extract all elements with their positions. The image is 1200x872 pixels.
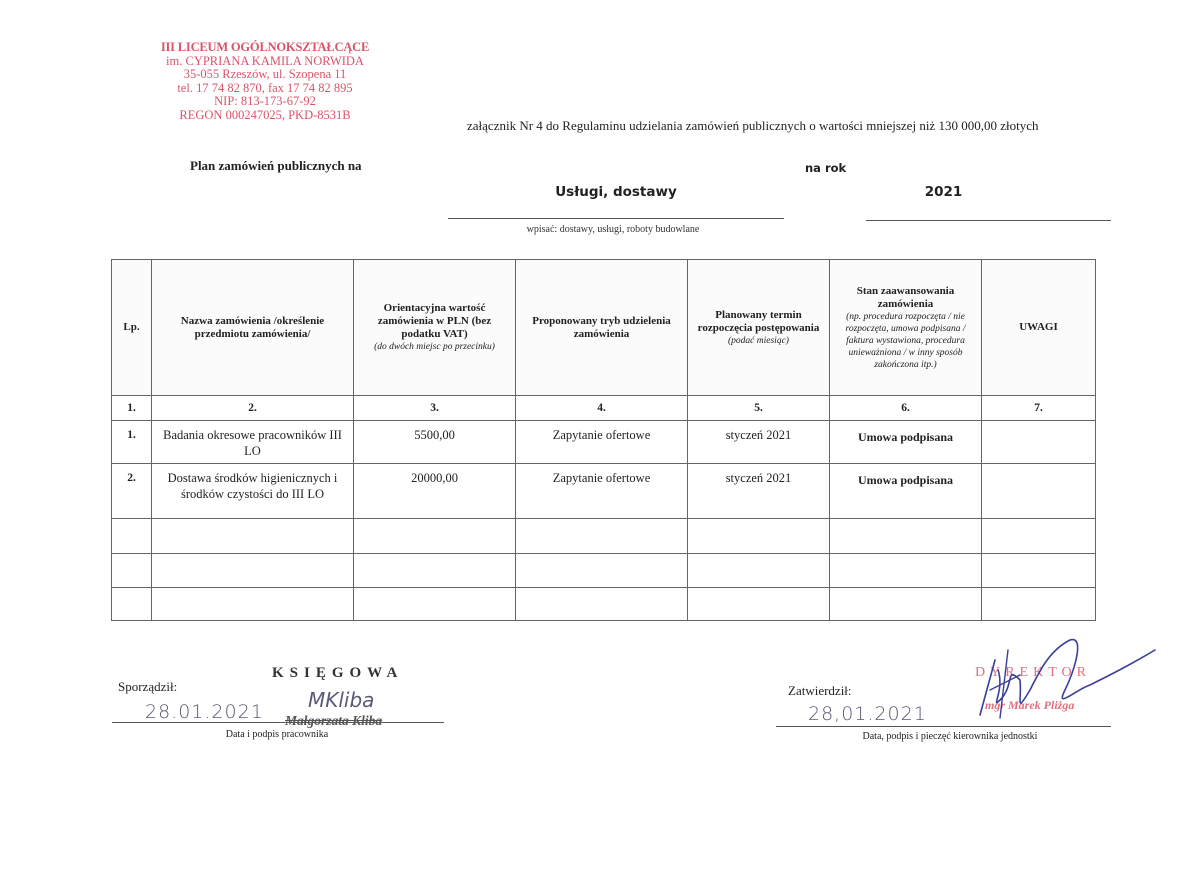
col-header-notes: UWAGI (982, 260, 1096, 396)
cell-status: Umowa podpisana (830, 421, 982, 464)
col-header-status: Stan zaawansowania zamówienia(np. proced… (830, 260, 982, 396)
accountant-signature: MKliba (308, 688, 374, 712)
cell-notes (982, 421, 1096, 464)
column-number: 6. (830, 396, 982, 421)
cell-notes (982, 519, 1096, 554)
type-hint: wpisać: dostawy, usługi, roboty budowlan… (448, 224, 778, 235)
year-value: 2021 (866, 184, 1021, 200)
cell-term (688, 519, 830, 554)
prepared-by-label: Sporządził: (118, 679, 177, 695)
accountant-stamp-title: KSIĘGOWA (272, 665, 403, 682)
cell-value (354, 588, 516, 621)
prepared-date-handwritten: 28.01.2021 (145, 701, 264, 723)
cell-name: Dostawa środków higienicznych i środków … (152, 464, 354, 519)
column-number: 3. (354, 396, 516, 421)
col-header-name: Nazwa zamówienia /określenie przedmiotu … (152, 260, 354, 396)
cell-notes (982, 464, 1096, 519)
col-header-mode: Proponowany tryb udzielenia zamówienia (516, 260, 688, 396)
stamp-line: NIP: 813-173-67-92 (135, 95, 395, 109)
col-header-term: Planowany termin rozpoczęcia postępowani… (688, 260, 830, 396)
column-number: 5. (688, 396, 830, 421)
col-header-lp: Lp. (112, 260, 152, 396)
cell-mode (516, 588, 688, 621)
cell-name (152, 588, 354, 621)
cell-value (354, 519, 516, 554)
prepared-signature-line (112, 722, 444, 723)
cell-name: Badania okresowe pracowników III LO (152, 421, 354, 464)
cell-term: styczeń 2021 (688, 421, 830, 464)
director-signature-icon (960, 630, 1160, 730)
table-header-row: Lp. Nazwa zamówienia /określenie przedmi… (112, 260, 1096, 396)
cell-mode: Zapytanie ofertowe (516, 464, 688, 519)
cell-term (688, 554, 830, 588)
table-row: 2. Dostawa środków higienicznych i środk… (112, 464, 1096, 519)
approved-by-label: Zatwierdził: (788, 683, 852, 699)
cell-mode (516, 554, 688, 588)
stamp-line: REGON 000247025, PKD-8531B (135, 109, 395, 123)
cell-mode: Zapytanie ofertowe (516, 421, 688, 464)
cell-term (688, 588, 830, 621)
cell-lp (112, 554, 152, 588)
year-underline (866, 220, 1111, 221)
cell-status: Umowa podpisana (830, 464, 982, 519)
cell-notes (982, 554, 1096, 588)
cell-notes (982, 588, 1096, 621)
table-row-empty (112, 554, 1096, 588)
table-row-empty (112, 519, 1096, 554)
annex-note: załącznik Nr 4 do Regulaminu udzielania … (467, 118, 1038, 134)
cell-status (830, 519, 982, 554)
type-underline (448, 218, 784, 219)
school-stamp: III LICEUM OGÓLNOKSZTAŁCĄCE im. CYPRIANA… (135, 41, 395, 122)
approved-date-handwritten: 28,01.2021 (808, 703, 927, 725)
cell-lp (112, 519, 152, 554)
cell-lp: 1. (112, 421, 152, 464)
column-number: 1. (112, 396, 152, 421)
cell-value: 5500,00 (354, 421, 516, 464)
prepared-caption: Data i podpis pracownika (112, 729, 442, 740)
cell-value: 20000,00 (354, 464, 516, 519)
column-number: 4. (516, 396, 688, 421)
approved-caption: Data, podpis i pieczęć kierownika jednos… (800, 731, 1100, 742)
stamp-line: III LICEUM OGÓLNOKSZTAŁCĄCE (135, 41, 395, 55)
column-number-row: 1. 2. 3. 4. 5. 6. 7. (112, 396, 1096, 421)
stamp-line: 35-055 Rzeszów, ul. Szopena 11 (135, 68, 395, 82)
cell-value (354, 554, 516, 588)
column-number: 2. (152, 396, 354, 421)
stamp-line: im. CYPRIANA KAMILA NORWIDA (135, 55, 395, 69)
accountant-name-stamp: Małgorzata Kliba (285, 713, 382, 729)
stamp-line: tel. 17 74 82 870, fax 17 74 82 895 (135, 82, 395, 96)
cell-term: styczeń 2021 (688, 464, 830, 519)
col-header-value: Orientacyjna wartość zamówienia w PLN (b… (354, 260, 516, 396)
table-row: 1. Badania okresowe pracowników III LO 5… (112, 421, 1096, 464)
cell-name (152, 519, 354, 554)
approved-signature-line (776, 726, 1111, 727)
cell-status (830, 588, 982, 621)
cell-lp: 2. (112, 464, 152, 519)
year-label: na rok (805, 161, 846, 175)
cell-lp (112, 588, 152, 621)
cell-status (830, 554, 982, 588)
procurement-plan-table: Lp. Nazwa zamówienia /określenie przedmi… (111, 259, 1096, 621)
column-number: 7. (982, 396, 1096, 421)
plan-title: Plan zamówień publicznych na (190, 158, 362, 174)
procurement-type-value: Usługi, dostawy (448, 184, 784, 200)
table-row-empty (112, 588, 1096, 621)
cell-mode (516, 519, 688, 554)
cell-name (152, 554, 354, 588)
